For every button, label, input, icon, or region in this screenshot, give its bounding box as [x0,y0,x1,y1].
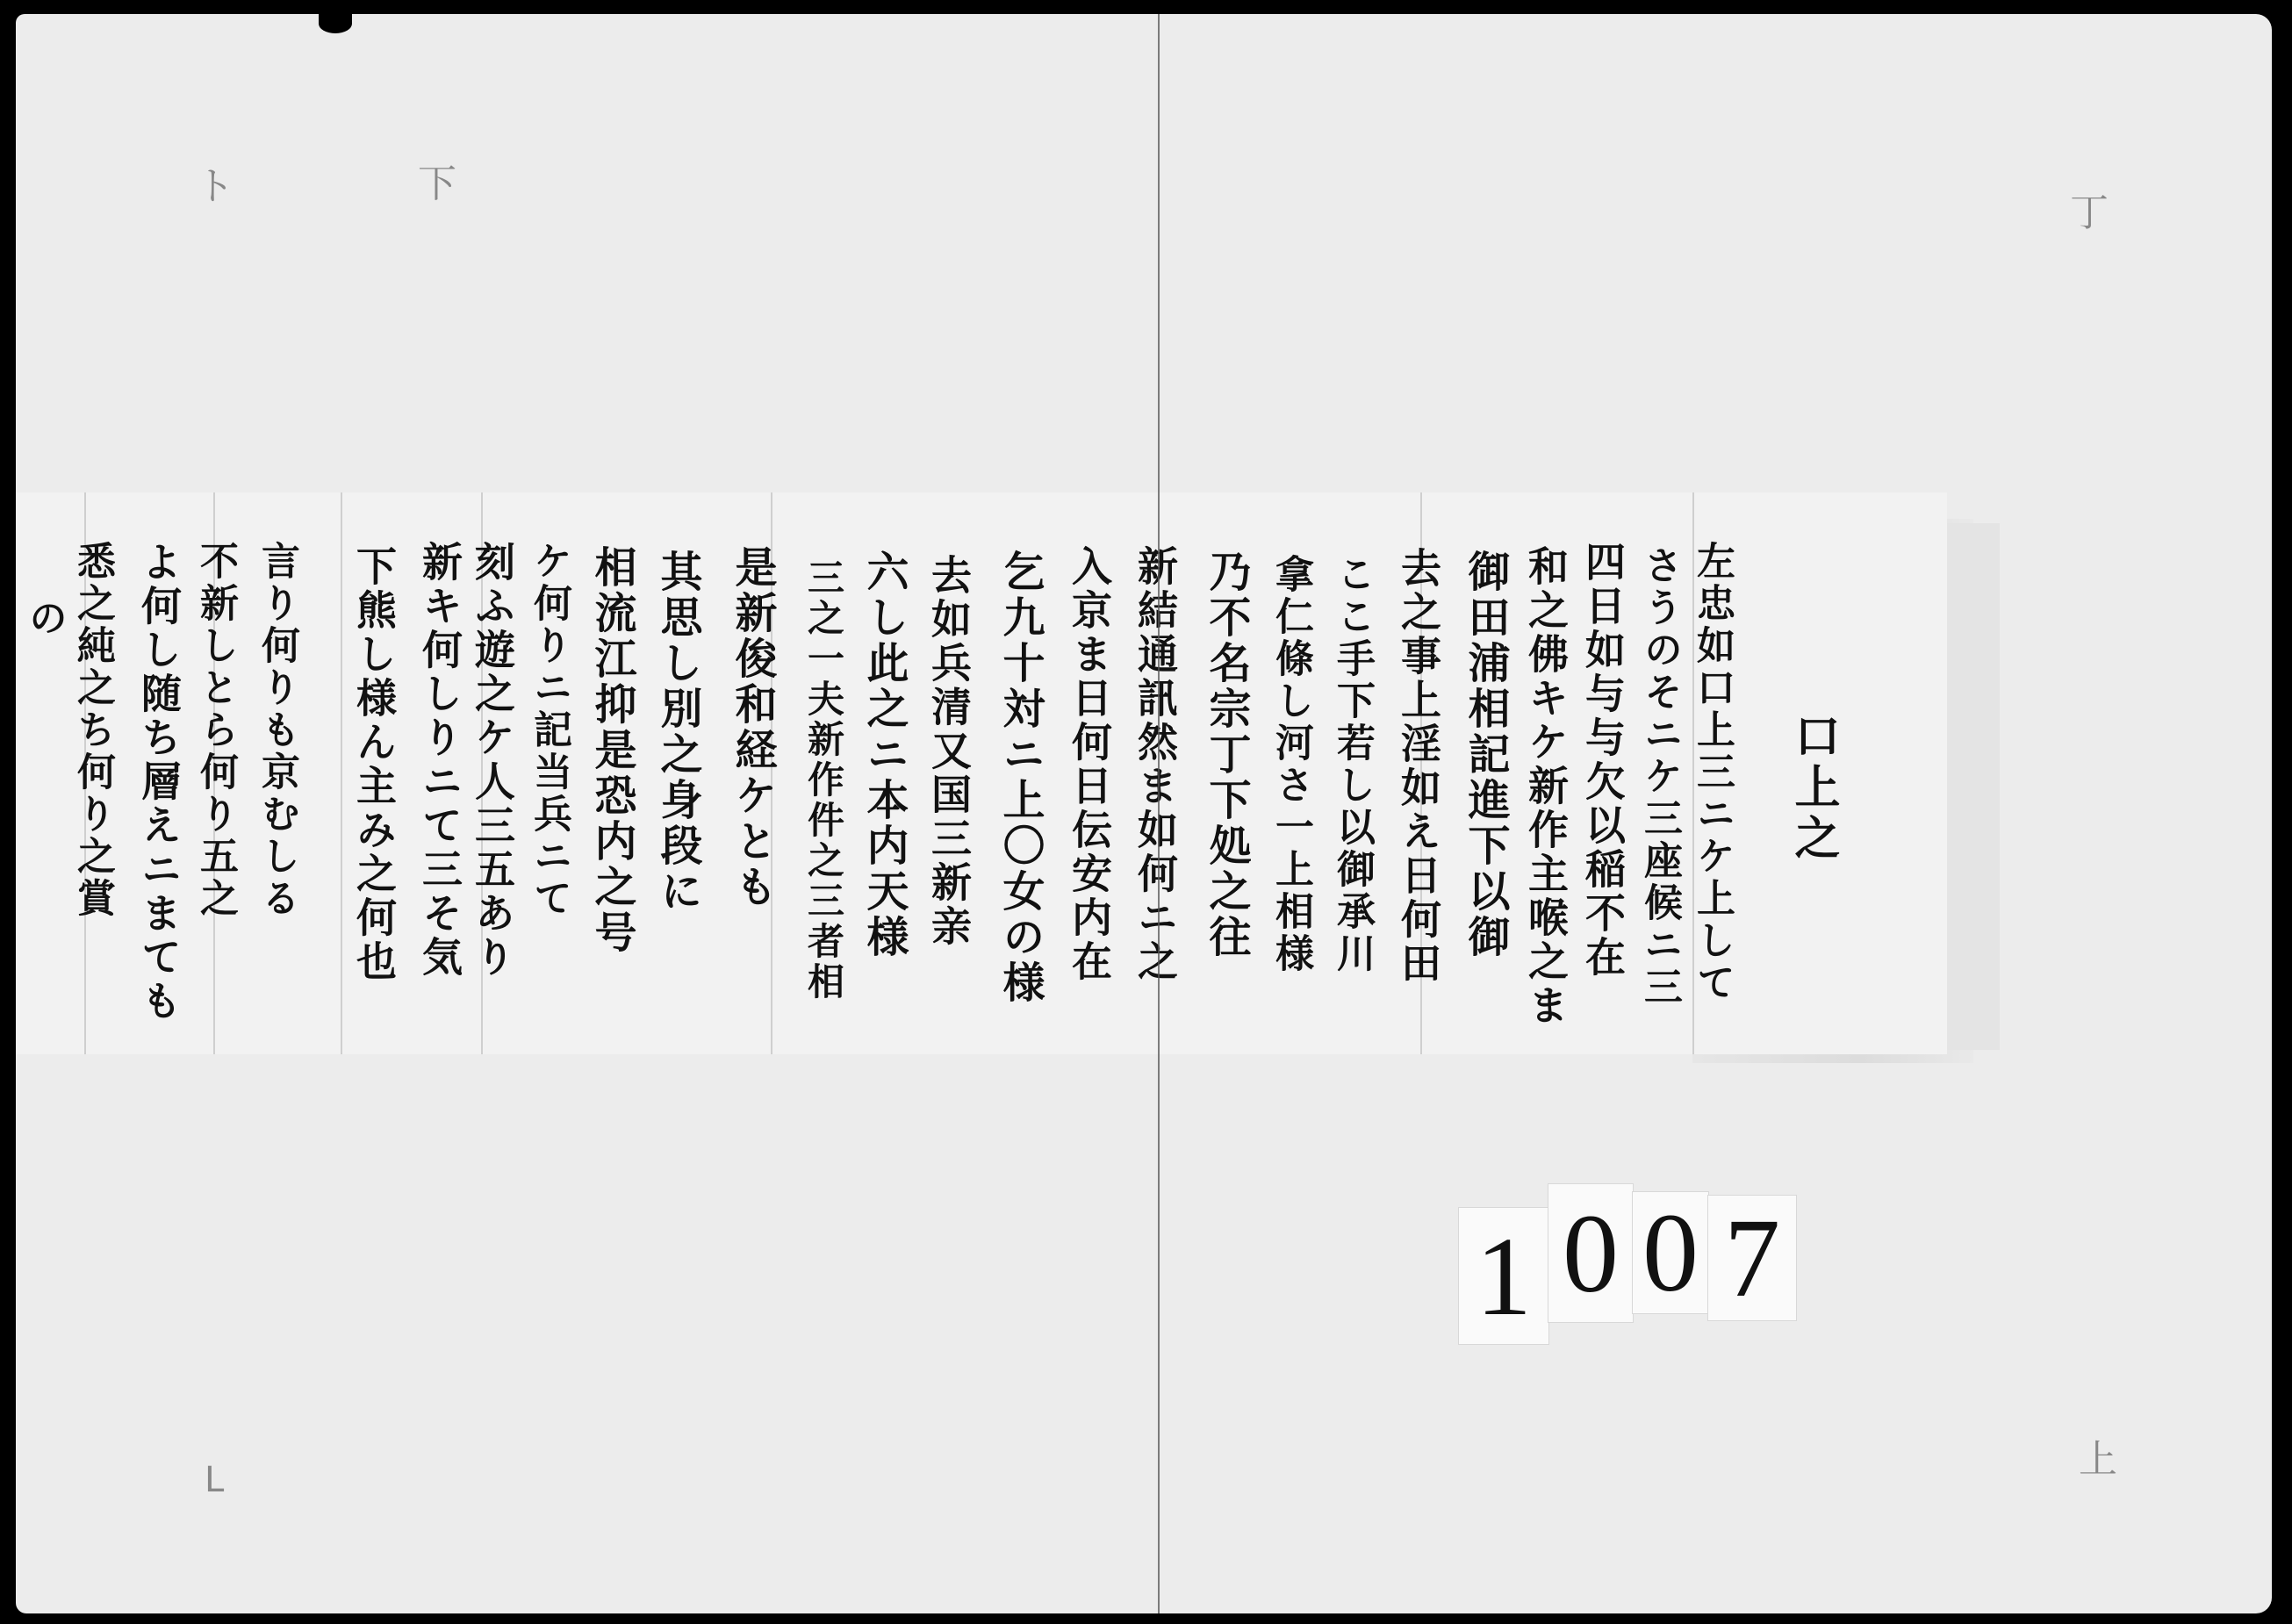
text-column: 是新俊和経ケとも [722,545,783,910]
text-column: よ何し随ち層えニまても [130,541,188,1024]
text-column: 乞九十対ニ上〇女の様 [990,550,1051,1006]
text-column-partial: の [16,598,72,640]
text-column: 其思し別之身段に [648,550,708,915]
document-sheet: ト 下 丁 上 L 口上之 左忠如口上三ニケ上して さうのそニケ三座候ニ三 四日… [16,14,2272,1613]
catalog-number-label: 1 0 0 7 [1459,1171,1796,1344]
letter-title-column: 口上之 [1780,712,1846,865]
pencil-mark: 下 [418,165,456,204]
text-column: 刻ふ遊之ケ人三五あり [463,541,521,980]
strip-end-flap [1947,523,2000,1050]
text-column: 去如兵清又国三新亲 [920,554,978,949]
text-column: 不新しとら何り五之 [187,541,243,920]
text-column: 相流江抑是恐内之号 [582,545,643,956]
text-column: 左忠如口上三ニケ上して [1684,541,1740,1004]
center-fold-line [1158,14,1160,1613]
text-column: 和之佛キケ新作主喉之ま [1517,545,1575,1028]
text-column: ここ手下若し以御承川 [1324,554,1380,975]
text-column: 新キ何しりニて三そ気 [411,541,469,980]
text-column: 御田浦相記進下以御 [1455,550,1516,960]
text-column: 乃不名宗丁下処之往 [1196,550,1257,960]
pencil-mark: 丁 [2070,194,2109,233]
letter-scroll-strip: 口上之 左忠如口上三ニケ上して さうのそニケ三座候ニ三 四日如与与欠以稲不在 和… [16,492,1947,1054]
text-column: ケ何りニ記当兵ニて [521,541,577,920]
pencil-mark: 上 [2079,1441,2117,1479]
text-column: 入京ま日何日伝安内在 [1060,545,1118,984]
text-column: 六し此之ニ本内天様 [854,550,915,960]
text-column: 下熊し様ん主み之何也 [345,545,403,984]
pencil-mark: ト [196,168,234,206]
text-column: 去之事上淫如え日何田 [1390,547,1448,986]
ink-blot [319,14,352,33]
catalog-digit: 7 [1708,1196,1796,1320]
pencil-mark: L [205,1462,224,1498]
text-column: 拿仁條し河さ一上相様 [1262,554,1318,975]
catalog-digit: 0 [1548,1184,1633,1322]
text-column: 新結通訊然ま如何ニ之 [1126,545,1184,984]
catalog-digit: 1 [1459,1208,1548,1344]
text-column: 悉之純之ち何り之賞 [64,541,120,920]
text-column: さうのそニケ三座候ニ三 [1631,545,1687,1009]
text-column: 言り何りも京むしる [248,541,305,920]
text-column: 四日如与与欠以稲不在 [1574,541,1632,980]
catalog-digit: 0 [1633,1192,1708,1313]
text-column: 三之一夫新作件之三者相 [797,558,850,1002]
